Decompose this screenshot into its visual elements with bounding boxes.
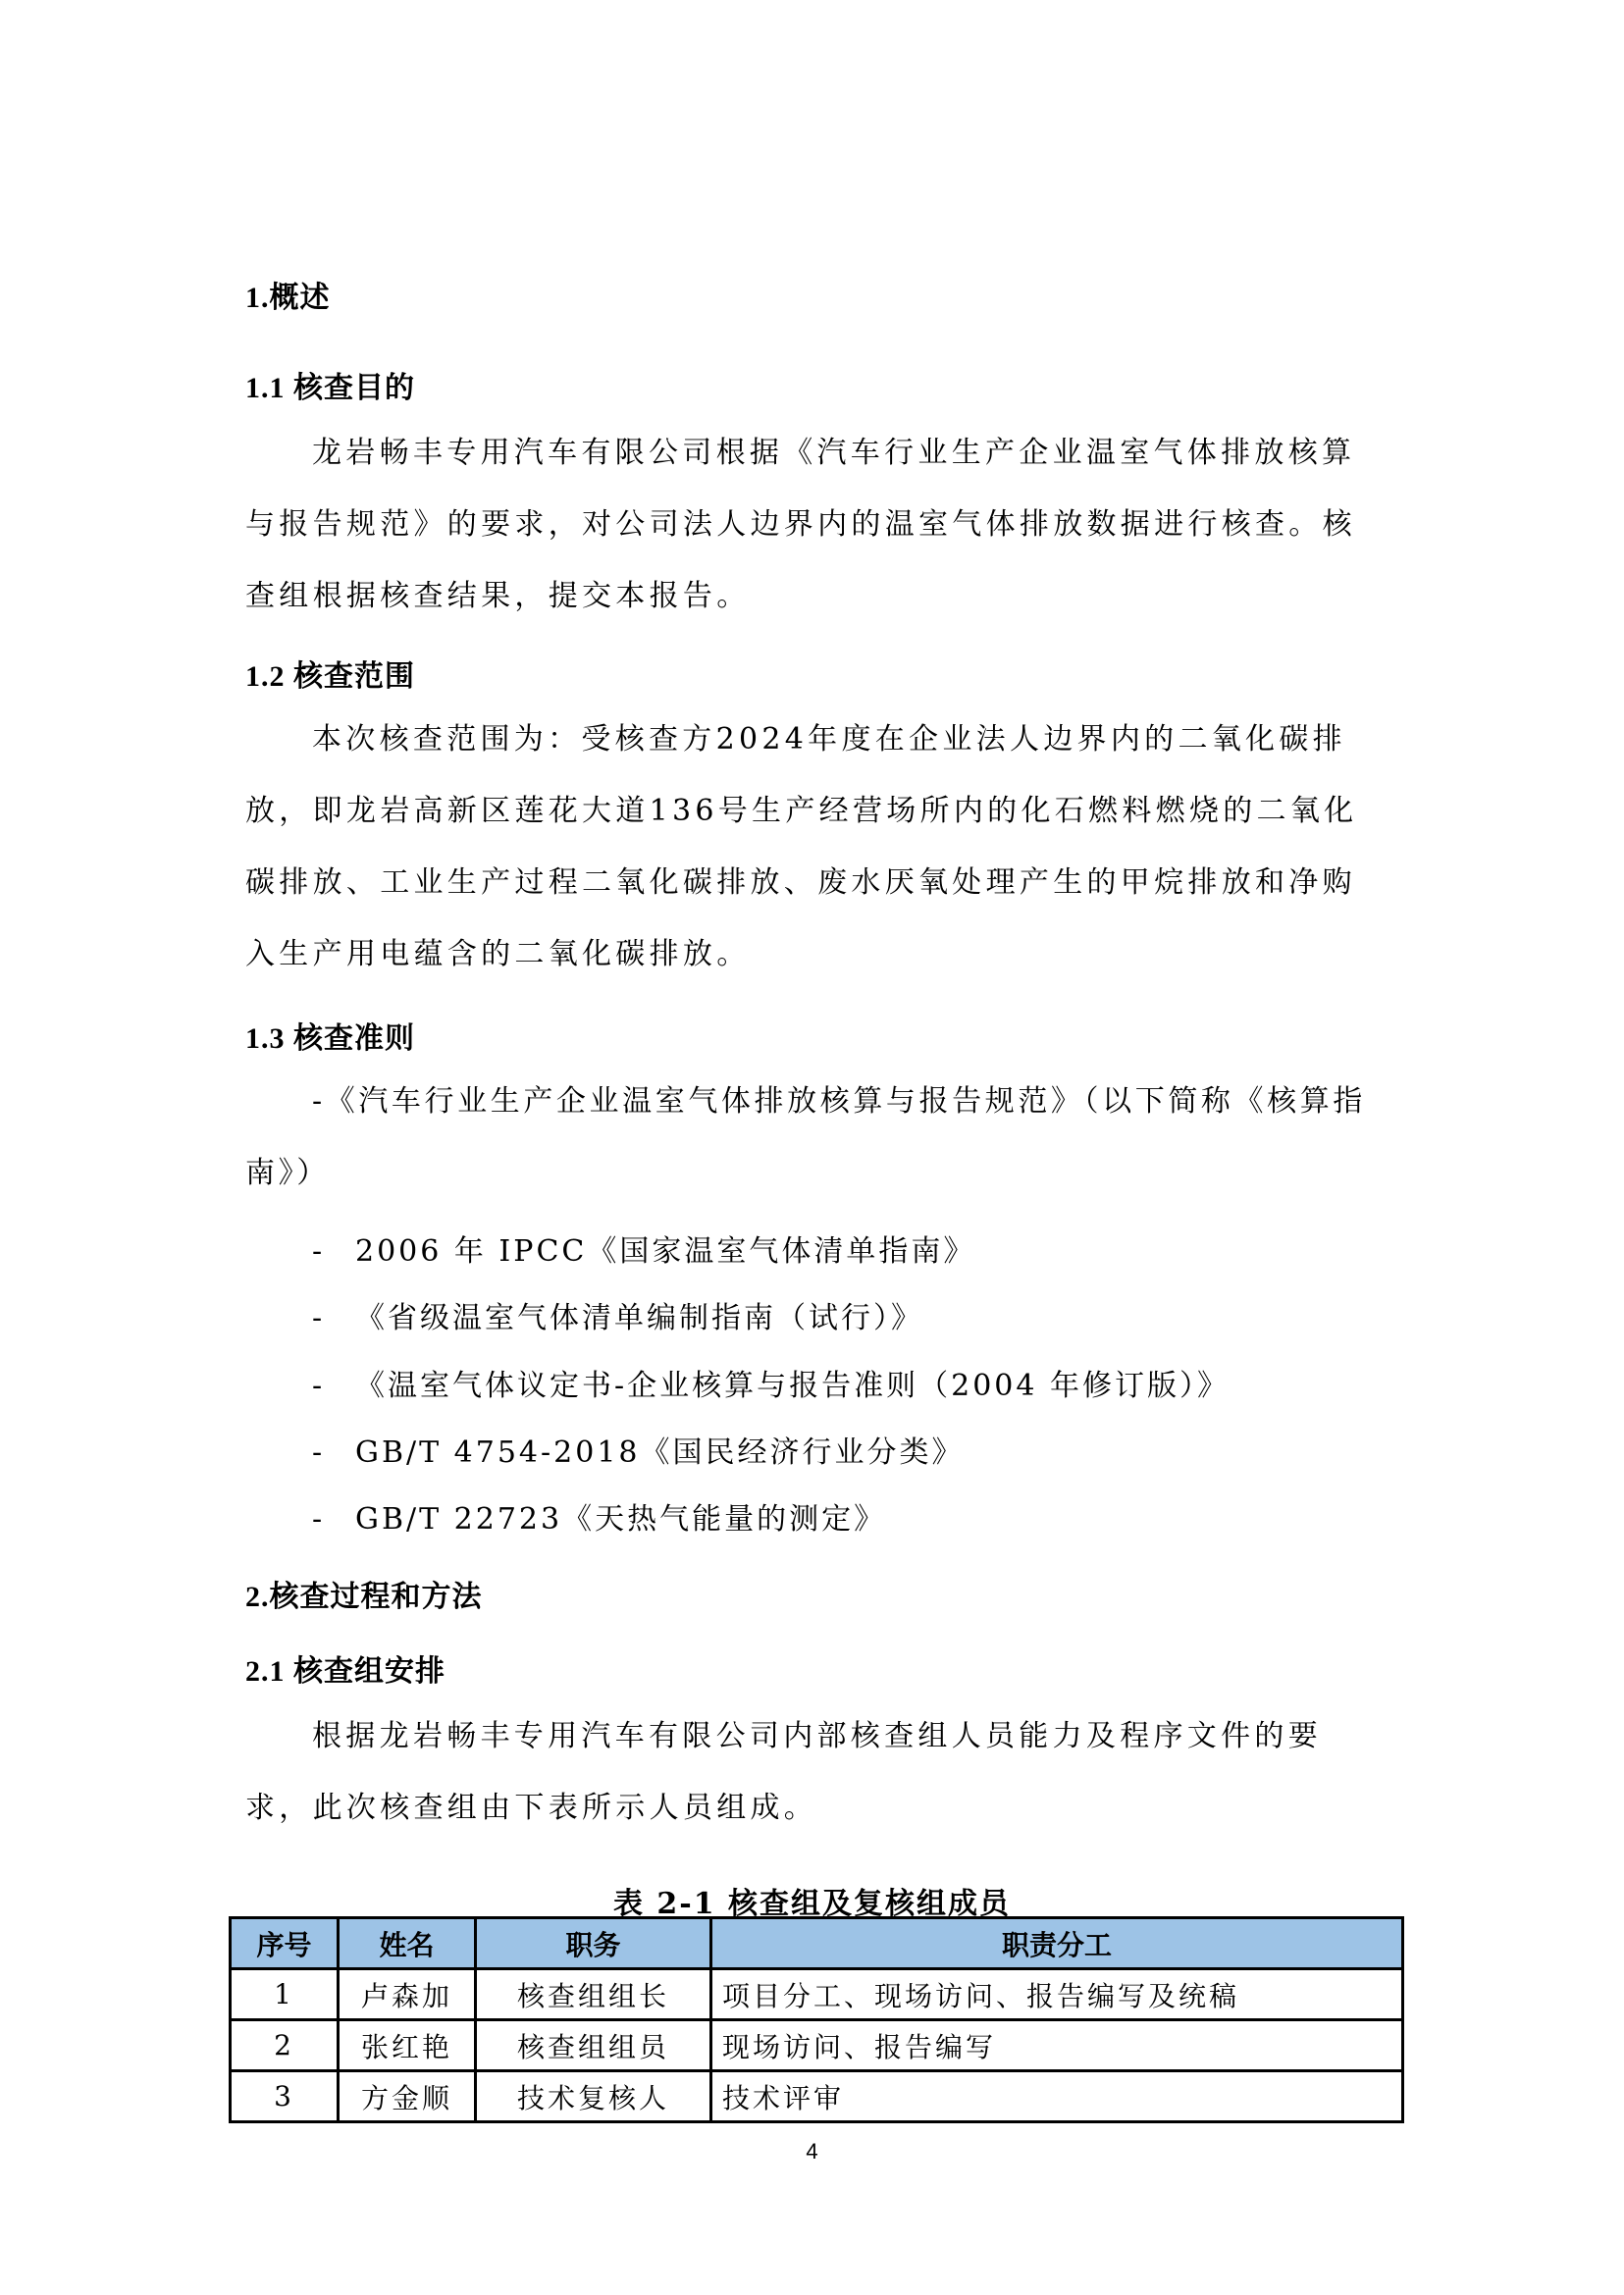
team-table: 序号 姓名 职务 职责分工 1 卢森加 核查组组长 项目分工、现场访问、报告编写…	[229, 1916, 1404, 2123]
heading-1-1: 1.1 核查目的	[245, 363, 415, 406]
cell-index: 1	[231, 1969, 339, 2020]
criteria-item: -GB/T 4754-2018《国民经济行业分类》	[312, 1428, 965, 1471]
document-page: 1.概述 1.1 核查目的 龙岩畅丰专用汽车有限公司根据《汽车行业生产企业温室气…	[0, 0, 1624, 2295]
table-row: 3 方金顺 技术复核人 技术评审	[231, 2071, 1403, 2122]
header-index: 序号	[231, 1918, 339, 1969]
table-row: 1 卢森加 核查组组长 项目分工、现场访问、报告编写及统稿	[231, 1969, 1403, 2020]
heading-2-1: 2.1 核查组安排	[245, 1646, 445, 1690]
cell-position: 核查组组长	[476, 1969, 711, 2020]
criteria-item-main: -《汽车行业生产企业温室气体排放核算与报告规范》（以下简称《核算指南》）	[245, 1066, 1388, 1209]
heading-1-3: 1.3 核查准则	[245, 1014, 415, 1057]
criteria-item: -《省级温室气体清单编制指南（试行）》	[312, 1293, 923, 1336]
cell-duty: 项目分工、现场访问、报告编写及统稿	[711, 1969, 1403, 2020]
paragraph-team: 根据龙岩畅丰专用汽车有限公司内部核查组人员能力及程序文件的要求，此次核查组由下表…	[245, 1700, 1388, 1844]
cell-name: 张红艳	[339, 2020, 476, 2071]
heading-1-2: 1.2 核查范围	[245, 652, 415, 695]
header-name: 姓名	[339, 1918, 476, 1969]
page-number: 4	[0, 2139, 1624, 2165]
cell-index: 3	[231, 2071, 339, 2122]
cell-position: 技术复核人	[476, 2071, 711, 2122]
heading-2: 2.核查过程和方法	[245, 1572, 483, 1615]
criteria-item: -GB/T 22723《天热气能量的测定》	[312, 1494, 886, 1538]
table-header-row: 序号 姓名 职务 职责分工	[231, 1918, 1403, 1969]
header-duty: 职责分工	[711, 1918, 1403, 1969]
cell-duty: 技术评审	[711, 2071, 1403, 2122]
cell-position: 核查组组员	[476, 2020, 711, 2071]
cell-name: 方金顺	[339, 2071, 476, 2122]
cell-name: 卢森加	[339, 1969, 476, 2020]
paragraph-scope: 本次核查范围为：受核查方2024年度在企业法人边界内的二氧化碳排放，即龙岩高新区…	[245, 704, 1388, 990]
header-position: 职务	[476, 1918, 711, 1969]
table-row: 2 张红艳 核查组组员 现场访问、报告编写	[231, 2020, 1403, 2071]
cell-index: 2	[231, 2020, 339, 2071]
paragraph-purpose: 龙岩畅丰专用汽车有限公司根据《汽车行业生产企业温室气体排放核算与报告规范》的要求…	[245, 417, 1388, 632]
cell-duty: 现场访问、报告编写	[711, 2020, 1403, 2071]
criteria-item: -《温室气体议定书-企业核算与报告准则（2004 年修订版）》	[312, 1361, 1230, 1404]
heading-1: 1.概述	[245, 273, 331, 316]
criteria-item: -2006 年 IPCC《国家温室气体清单指南》	[312, 1226, 975, 1270]
